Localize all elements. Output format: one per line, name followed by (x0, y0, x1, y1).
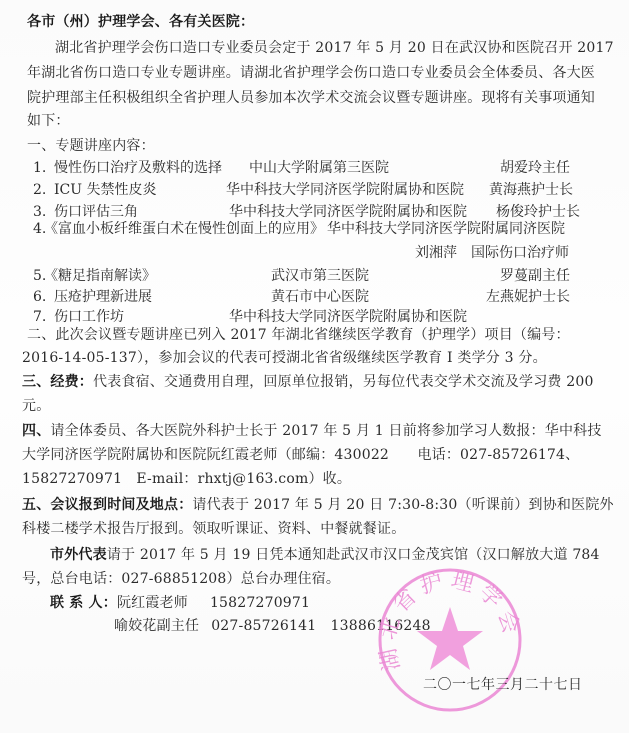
section4-text: 请全体委员、各大医院外科护士长于 2017 年 5 月 1 日前将参加学习人数报… (50, 423, 601, 439)
section2-line-2: 2016-14-05-137），参加会议的代表可授湖北省省级继续医学教育 I 类… (22, 348, 547, 368)
document-date: 二〇一七年三月二十七日 (423, 675, 583, 695)
lecture-num: 2. (33, 180, 46, 200)
lecture-title: 《糖足指南解读》 (44, 266, 156, 286)
contact-phone: 027-85726141 13886116248 (211, 618, 431, 634)
section1-heading: 一、专题讲座内容： (27, 136, 155, 156)
lecture-title: ICU 失禁性皮炎 (54, 180, 157, 200)
lecture-title: 慢性伤口治疗及敷料的选择 (54, 158, 222, 178)
salutation: 各市（州）护理学会、各有关医院： (27, 12, 254, 32)
contact-phone: 15827270971 (210, 595, 310, 611)
outside-line-1: 市外代表请于 2017 年 5 月 19 日凭本通知赴武汉市汉口金茂宾馆（汉口解… (50, 545, 600, 565)
outside-line-2: 号，总台电话：027-68851208）总台办理住宿。 (22, 569, 340, 589)
lecture-hospital: 华中科技大学同济医学院附属同济医院 (327, 219, 565, 239)
section5-line-1: 五、会议报到时间及地点：请代表于 2017 年 5 月 20 日 7:30-8:… (22, 495, 614, 515)
section3-line-1: 三、经费：代表食宿、交通费用自理，回原单位报销，另每位代表交学术交流及学习费 2… (22, 372, 594, 392)
lecture-hospital: 中山大学附属第三医院 (249, 158, 389, 178)
section2-line-1: 二、此次会议暨专题讲座已列入 2017 年湖北省继续医学教育（护理学）项目（编号… (27, 325, 570, 345)
section4-line-1: 四、请全体委员、各大医院外科护士长于 2017 年 5 月 1 日前将参加学习人… (22, 421, 602, 441)
lecture-hospital: 华中科技大学同济医学院附属协和医院 (226, 180, 464, 200)
outside-heading: 市外代表 (50, 547, 107, 563)
section3-line-2: 元。 (22, 396, 50, 416)
contact-name: 喻姣花副主任 (114, 618, 199, 634)
lecture-speaker: 黄海燕护士长 (489, 180, 573, 200)
lecture-num: 7. (33, 307, 46, 327)
lecture-hospital: 黄石市中心医院 (271, 287, 369, 307)
lecture-title: 《富血小板纤维蛋白术在慢性创面上的应用》 (44, 219, 324, 239)
section3-text: 代表食宿、交通费用自理，回原单位报销，另每位代表交学术交流及学习费 200 (93, 374, 594, 390)
lecture-num: 1. (33, 158, 46, 178)
outside-text: 请于 2017 年 5 月 19 日凭本通知赴武汉市汉口金茂宾馆（汉口解放大道 … (107, 547, 600, 563)
section3-heading: 三、经费： (22, 374, 93, 390)
lecture-title: 伤口工作坊 (54, 307, 124, 327)
document-page: 各市（州）护理学会、各有关医院： 湖北省护理学会伤口造口专业委员会定于 2017… (0, 0, 629, 733)
contact-line-1: 联 系 人：阮红霞老师15827270971 (50, 593, 310, 613)
lecture-title: 压疮护理新进展 (54, 287, 152, 307)
section5-heading: 五、会议报到时间及地点： (22, 497, 192, 513)
lecture-hospital: 武汉市第三医院 (271, 266, 369, 286)
lecture-speaker: 罗蔓副主任 (500, 266, 570, 286)
contacts-label: 联 系 人： (50, 595, 117, 611)
intro-line-2: 年湖北省伤口造口专业专题讲座。请湖北省护理学会伤口造口专业委员会全体委员、各大医 (27, 63, 595, 83)
intro-line-4: 如下： (27, 111, 70, 131)
lecture-hospital: 华中科技大学同济医学院附属协和医院 (229, 307, 467, 327)
intro-line-3: 院护理部主任积极组织全省护理人员参加本次学术交流会议暨专题讲座。现将有关事项通知 (27, 88, 595, 108)
lecture-speaker: 刘湘萍 国际伤口治疗师 (415, 243, 569, 263)
lecture-speaker: 左燕妮护士长 (486, 287, 570, 307)
section4-line-3: 15827270971 E-mail：rhxtj@163.com）收。 (22, 469, 351, 489)
contact-line-2: 喻姣花副主任027-85726141 13886116248 (114, 616, 431, 636)
section4-line-2: 大学同济医学院附属协和医院阮红霞老师（邮编：430022 电话：027-8572… (22, 445, 579, 465)
lecture-speaker: 胡爱玲主任 (500, 158, 570, 178)
lecture-num: 6. (33, 287, 46, 307)
intro-line-1: 湖北省护理学会伤口造口专业委员会定于 2017 年 5 月 20 日在武汉协和医… (55, 38, 614, 58)
section5-line-2: 科楼二楼学术报告厅报到。领取听课证、资料、中餐就餐证。 (22, 519, 405, 539)
section4-heading: 四、 (22, 423, 50, 439)
contact-name: 阮红霞老师 (117, 595, 188, 611)
section5-text: 请代表于 2017 年 5 月 20 日 7:30-8:30（听课前）到协和医院… (192, 497, 613, 513)
